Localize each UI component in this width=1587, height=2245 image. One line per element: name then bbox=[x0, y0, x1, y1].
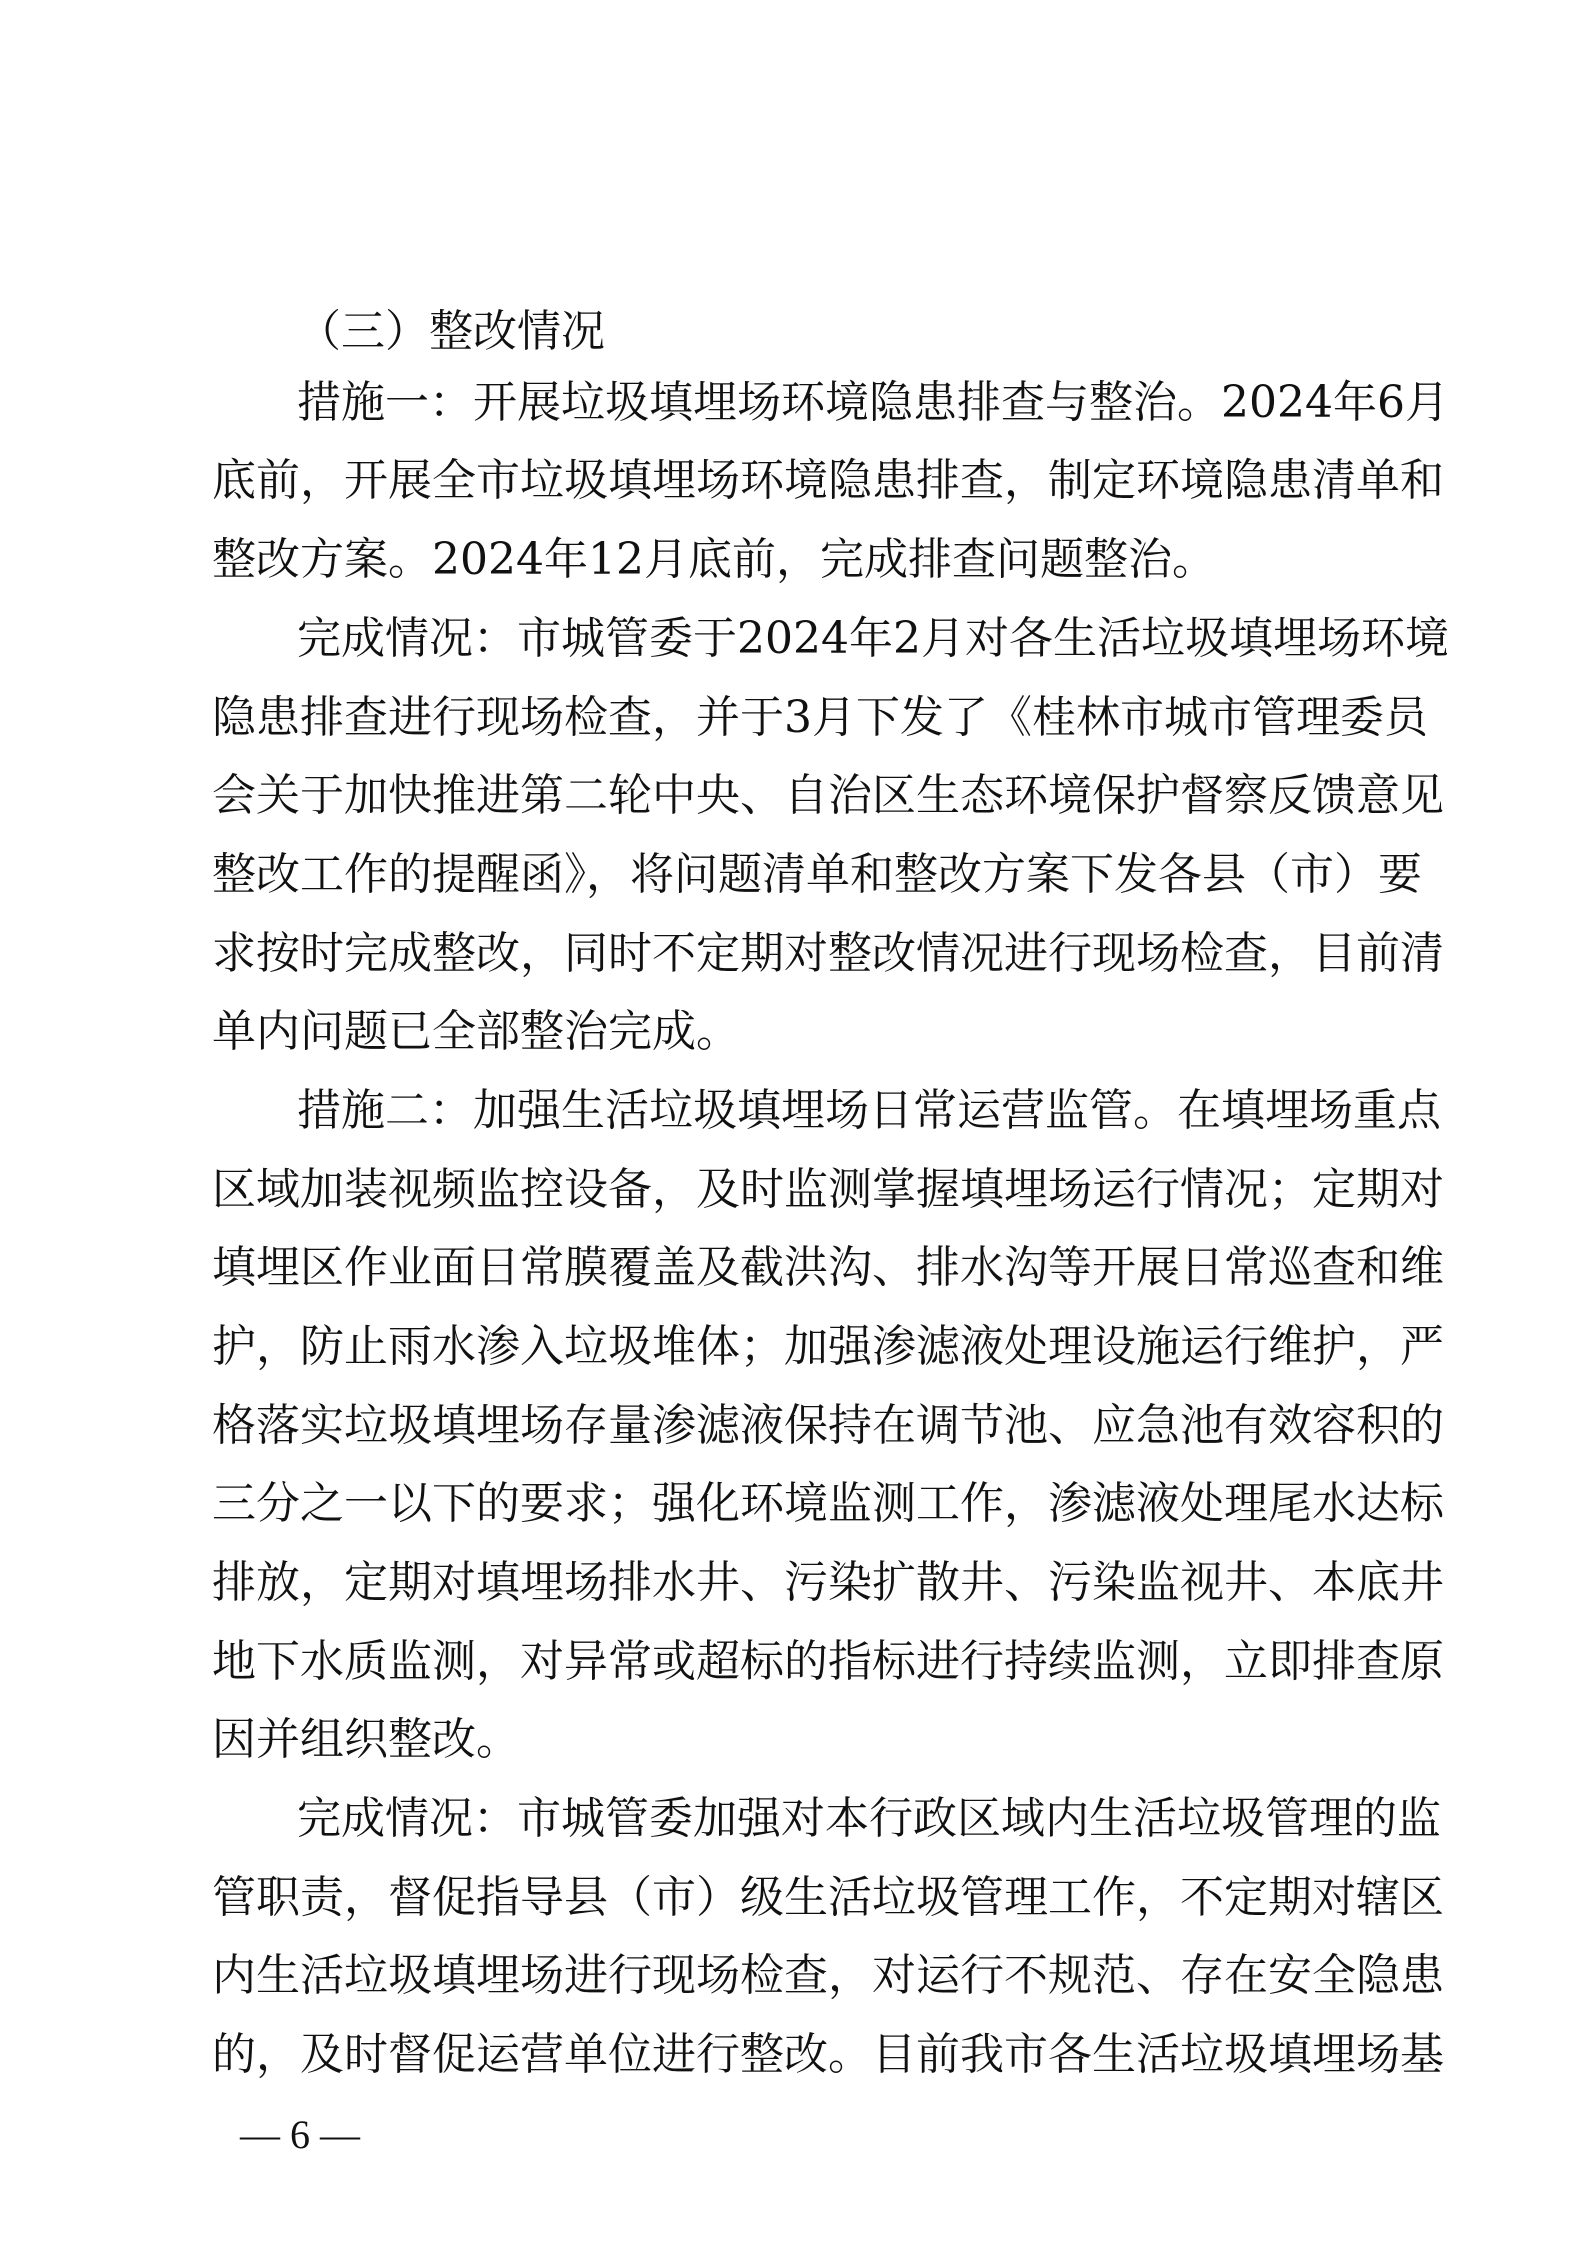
measure-2-line-9: 因并组织整改。 bbox=[212, 1710, 1402, 1770]
completion-1-line-1: 完成情况：市城管委于2024年2月对各生活垃圾填埋场环境 bbox=[297, 609, 1402, 669]
measure-2-line-7: 排放，定期对填埋场排水井、污染扩散井、污染监视井、本底井 bbox=[212, 1553, 1402, 1613]
measure-1-line-3: 整改方案。2024年12月底前，完成排查问题整治。 bbox=[212, 530, 1402, 590]
completion-2-line-2: 管职责，督促指导县（市）级生活垃圾管理工作，不定期对辖区 bbox=[212, 1868, 1402, 1928]
measure-2-line-2: 区域加装视频监控设备，及时监测掌握填埋场运行情况；定期对 bbox=[212, 1160, 1402, 1220]
section-heading: （三）整改情况 bbox=[297, 302, 605, 362]
completion-1-line-5: 求按时完成整改，同时不定期对整改情况进行现场检查，目前清 bbox=[212, 924, 1402, 984]
measure-2-line-3: 填埋区作业面日常膜覆盖及截洪沟、排水沟等开展日常巡查和维 bbox=[212, 1238, 1402, 1298]
measure-1-line-2: 底前，开展全市垃圾填埋场环境隐患排查，制定环境隐患清单和 bbox=[212, 451, 1402, 511]
completion-2-line-1: 完成情况：市城管委加强对本行政区域内生活垃圾管理的监 bbox=[297, 1789, 1402, 1849]
completion-1-line-6: 单内问题已全部整治完成。 bbox=[212, 1002, 1402, 1062]
completion-2-line-3: 内生活垃圾填埋场进行现场检查，对运行不规范、存在安全隐患 bbox=[212, 1946, 1402, 2006]
measure-2-line-4: 护，防止雨水渗入垃圾堆体；加强渗滤液处理设施运行维护，严 bbox=[212, 1317, 1402, 1377]
document-page: （三）整改情况 措施一：开展垃圾填埋场环境隐患排查与整治。2024年6月 底前，… bbox=[0, 0, 1587, 2245]
measure-2-line-1: 措施二：加强生活垃圾填埋场日常运营监管。在填埋场重点 bbox=[297, 1081, 1402, 1141]
completion-1-line-4: 整改工作的提醒函》，将问题清单和整改方案下发各县（市）要 bbox=[212, 845, 1402, 905]
measure-2-line-8: 地下水质监测，对异常或超标的指标进行持续监测，立即排查原 bbox=[212, 1632, 1402, 1692]
completion-1-line-3: 会关于加快推进第二轮中央、自治区生态环境保护督察反馈意见 bbox=[212, 766, 1402, 826]
measure-1-line-1: 措施一：开展垃圾填埋场环境隐患排查与整治。2024年6月 bbox=[297, 373, 1402, 433]
measure-2-line-6: 三分之一以下的要求；强化环境监测工作，渗滤液处理尾水达标 bbox=[212, 1474, 1402, 1534]
completion-2-line-4: 的，及时督促运营单位进行整改。目前我市各生活垃圾填埋场基 bbox=[212, 2025, 1402, 2085]
measure-2-line-5: 格落实垃圾填埋场存量渗滤液保持在调节池、应急池有效容积的 bbox=[212, 1396, 1402, 1456]
page-number: — 6 — bbox=[240, 2110, 360, 2160]
completion-1-line-2: 隐患排查进行现场检查，并于3月下发了《桂林市城市管理委员 bbox=[212, 688, 1402, 748]
